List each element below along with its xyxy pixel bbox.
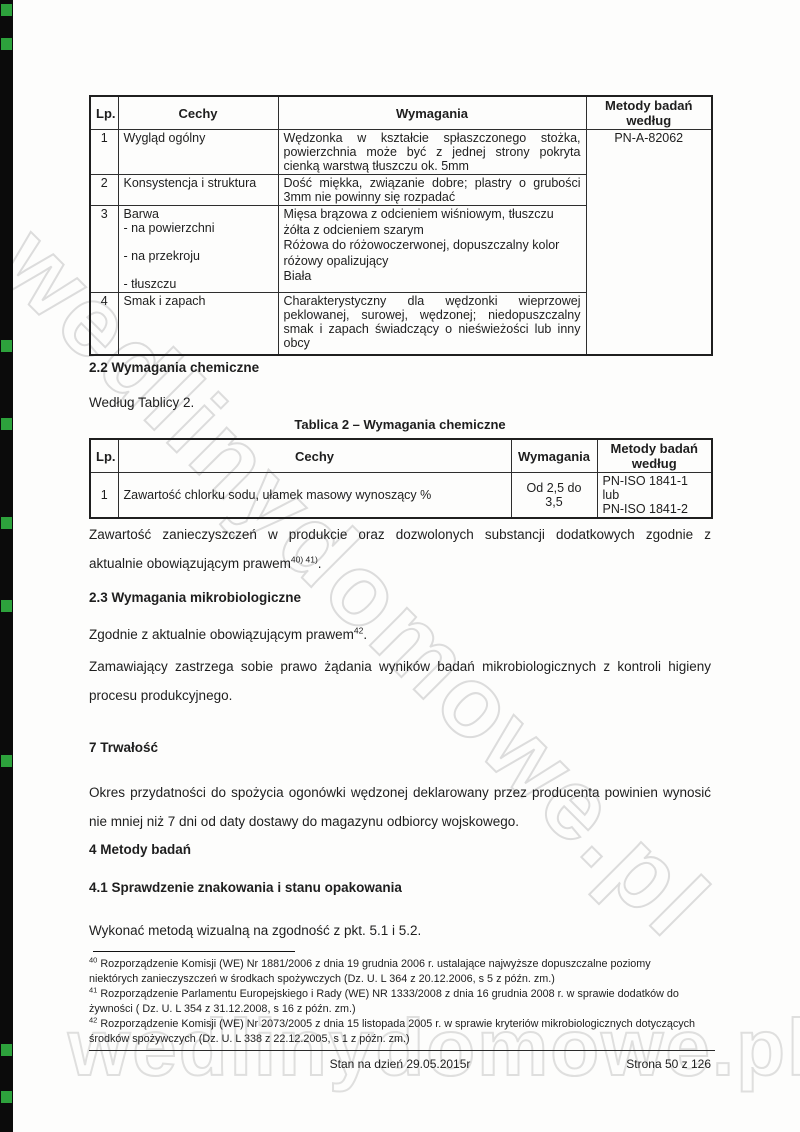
footnote-40: 40 Rozporządzenie Komisji (WE) Nr 1881/2… (89, 957, 711, 987)
table-header-row: Lp. Cechy Wymagania Metody badań według (90, 439, 712, 473)
cecha-cell: Smak i zapach (118, 293, 278, 355)
paragraph-line: Zamawiający zastrzega sobie prawo żądani… (89, 652, 711, 681)
law-compliance-line: Zgodnie z aktualnie obowiązującym prawem… (89, 620, 711, 649)
sensory-requirements-table: Lp. Cechy Wymagania Metody badań według … (89, 95, 713, 356)
wymaganie-cell: Dość miękka, związanie dobre; plastry o … (278, 175, 586, 206)
col-header-lp: Lp. (90, 96, 118, 130)
footnote-42: 42 Rozporządzenie Komisji (WE) Nr 2073/2… (89, 1017, 711, 1047)
footnote-separator (93, 951, 295, 952)
table-header-row: Lp. Cechy Wymagania Metody badań według (90, 96, 712, 130)
contaminants-paragraph: Zawartość zanieczyszczeń w produkcie ora… (89, 520, 711, 578)
table-row: 1 Zawartość chlorku sodu, ułamek masowy … (90, 473, 712, 519)
footnote-41: 41 Rozporządzenie Parlamentu Europejskie… (89, 987, 711, 1017)
chemical-requirements-table-wrap: Lp. Cechy Wymagania Metody badań według … (89, 438, 711, 519)
scan-edge-strip (0, 0, 13, 1132)
table-2-caption: Tablica 2 – Wymagania chemiczne (89, 417, 711, 432)
method-cell: PN-A-82062 (586, 130, 712, 355)
section-7-heading: 7 Trwałość (89, 740, 711, 755)
paragraph-line: nie mniej niż 7 dni od daty dostawy do m… (89, 814, 519, 829)
method-cell: PN-ISO 1841-1 lub PN-ISO 1841-2 (597, 473, 712, 519)
visual-method-line: Wykonać metodą wizualną na zgodność z pk… (89, 916, 711, 945)
green-marker (1, 1044, 12, 1056)
cecha-cell: Zawartość chlorku sodu, ułamek masowy wy… (118, 473, 511, 519)
green-marker (1, 340, 12, 352)
green-marker (1, 1091, 12, 1103)
col-header-lp: Lp. (90, 439, 118, 473)
col-header-cechy: Cechy (118, 439, 511, 473)
wymaganie-cell: Wędzonka w kształcie spłaszczonego stożk… (278, 130, 586, 175)
cecha-cell: Barwa - na powierzchni - na przekroju - … (118, 206, 278, 293)
col-header-wymagania: Wymagania (511, 439, 597, 473)
micro-results-paragraph: Zamawiający zastrzega sobie prawo żądani… (89, 652, 711, 710)
footer-separator (89, 1050, 715, 1051)
paragraph-line: Zawartość zanieczyszczeń w produkcie ora… (89, 520, 711, 549)
section-4-1-heading: 4.1 Sprawdzenie znakowania i stanu opako… (89, 880, 711, 895)
row-number: 4 (90, 293, 118, 355)
sensory-requirements-table-wrap: Lp. Cechy Wymagania Metody badań według … (89, 95, 711, 356)
row-number: 1 (90, 130, 118, 175)
green-marker (1, 755, 12, 767)
section-2-2-intro: Według Tablicy 2. (89, 388, 711, 417)
shelf-life-paragraph: Okres przydatności do spożycia ogonówki … (89, 778, 711, 836)
green-marker (1, 4, 12, 16)
paragraph-line: aktualnie obowiązującym prawem40) 41). (89, 556, 322, 571)
green-marker (1, 38, 12, 50)
row-number: 1 (90, 473, 118, 519)
cecha-cell: Wygląd ogólny (118, 130, 278, 175)
green-marker (1, 517, 12, 529)
wymaganie-cell: Mięsa brązowa z odcieniem wiśniowym, tłu… (278, 206, 586, 293)
chemical-requirements-table: Lp. Cechy Wymagania Metody badań według … (89, 438, 713, 519)
wymaganie-cell: Charakterystyczny dla wędzonki wieprzowe… (278, 293, 586, 355)
paragraph-line: Okres przydatności do spożycia ogonówki … (89, 778, 711, 807)
row-number: 2 (90, 175, 118, 206)
footnote-ref-40-41: 40) 41) (291, 555, 318, 565)
col-header-wymagania: Wymagania (278, 96, 586, 130)
col-header-metody: Metody badań według (586, 96, 712, 130)
page-footer: Stan na dzień 29.05.2015r Strona 50 z 12… (89, 1057, 711, 1073)
cecha-cell: Konsystencja i struktura (118, 175, 278, 206)
row-number: 3 (90, 206, 118, 293)
footnotes-block: 40 Rozporządzenie Komisji (WE) Nr 1881/2… (89, 957, 711, 1047)
document-status: Stan na dzień 29.05.2015r (89, 1057, 711, 1071)
footnote-ref-42: 42 (354, 626, 363, 636)
table-row: 1 Wygląd ogólny Wędzonka w kształcie spł… (90, 130, 712, 175)
wymaganie-cell: Od 2,5 do 3,5 (511, 473, 597, 519)
green-marker (1, 600, 12, 612)
col-header-cechy: Cechy (118, 96, 278, 130)
paragraph-line: procesu produkcyjnego. (89, 688, 232, 703)
document-page: wedlinydomowe.pl wedlinydomowe.pl Lp. Ce… (0, 0, 800, 1132)
green-marker (1, 418, 12, 430)
col-header-metody: Metody badań według (597, 439, 712, 473)
section-4-heading: 4 Metody badań (89, 842, 711, 857)
section-2-3-heading: 2.3 Wymagania mikrobiologiczne (89, 590, 711, 605)
page-number: Strona 50 z 126 (626, 1057, 711, 1071)
section-2-2-heading: 2.2 Wymagania chemiczne (89, 360, 711, 375)
